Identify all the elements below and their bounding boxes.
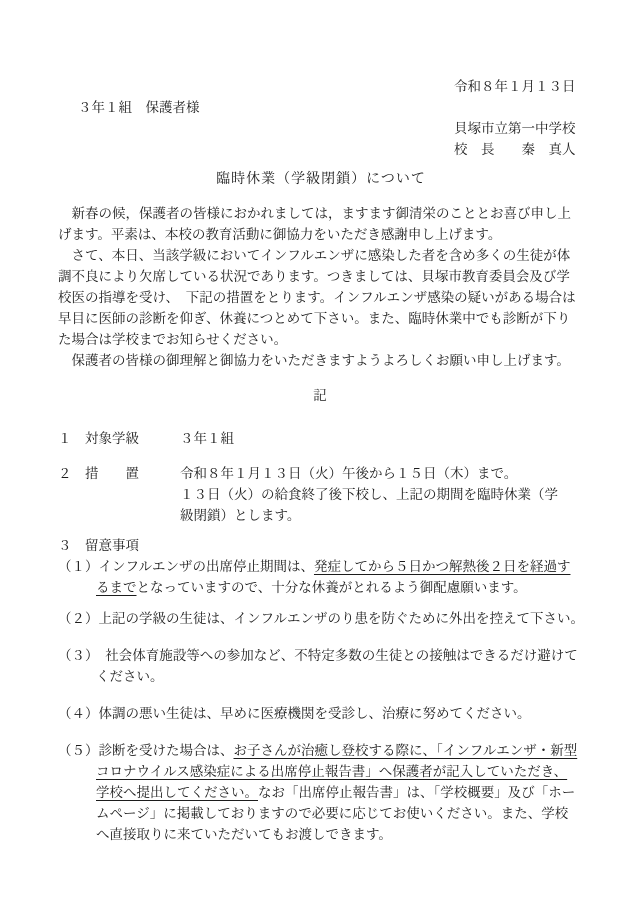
- note-line: コロナウイルス感染症による出席停止報告書」へ保護者が記入していただき、: [58, 761, 584, 782]
- item-value: 令和８年１月１３日（火）午後から１５日（木）まで。 １３日（火）の給食終了後下校…: [180, 463, 584, 526]
- note-3: （３） 社会体育施設等への参加など、不特定多数の生徒との接触はできるだけ避けて …: [58, 645, 584, 687]
- body-line: 調不良により欠席している状況であります。つきましては、貝塚市教育委員会及び学: [58, 266, 584, 287]
- body-paragraphs: 新春の候，保護者の皆様におかれましては，ますます御清栄のこととお喜び申し上 げま…: [58, 203, 584, 371]
- note-line: （５）診断を受けた場合は、お子さんが治癒し登校する際に、「インフルエンザ・新型: [58, 740, 584, 761]
- underlined-text: るまで: [96, 580, 137, 595]
- issue-date: 令和８年１月１３日: [454, 76, 584, 97]
- school-name: 貝塚市立第一中学校: [454, 118, 584, 139]
- underlined-text: コロナウイルス感染症による出席停止報告書」へ保護者が記入していただき、: [96, 764, 567, 779]
- underlined-text: 発症してから５日かつ解熱後２日を経過す: [314, 559, 571, 574]
- note-2: （２）上記の学級の生徒は、インフルエンザのり患を防ぐために外出を控えて下さい。: [58, 608, 584, 629]
- measure-line: 令和８年１月１３日（火）午後から１５日（木）まで。: [180, 463, 584, 484]
- item-label: １ 対象学級: [58, 428, 180, 449]
- note-4: （４）体調の悪い生徒は、早めに医療機関を受診し、治療に努めてください。: [58, 703, 584, 724]
- body-line: 早目に医師の診断を仰ぎ、休養につとめて下さい。また、臨時休業中でも診断が下り: [58, 308, 584, 329]
- note-line: へ直接取りに来ていただいてもお渡しできます。: [58, 824, 584, 845]
- note-line: るまでとなっていますので、十分な休養がとれるよう御配慮願います。: [58, 577, 584, 598]
- body-line: た場合は学校までお知らせください。: [58, 329, 584, 350]
- note-line: 学校へ提出してください。なお「出席停止報告書」は、「学校概要」及び「ホー: [58, 782, 584, 803]
- record-marker: 記: [58, 385, 584, 406]
- item-label: ２ 措 置: [58, 463, 180, 484]
- document-title: 臨時休業（学級閉鎖）について: [58, 169, 584, 190]
- document-page: 令和８年１月１３日 ３年１組 保護者様 貝塚市立第一中学校 校 長 秦 真人 臨…: [0, 0, 640, 904]
- note-line: （１）インフルエンザの出席停止期間は、発症してから５日かつ解熱後２日を経過す: [58, 556, 584, 577]
- note-line: （２）上記の学級の生徒は、インフルエンザのり患を防ぐために外出を控えて下さい。: [58, 608, 584, 629]
- item-measures: ２ 措 置 令和８年１月１３日（火）午後から１５日（木）まで。 １３日（火）の給…: [58, 463, 584, 526]
- principal-name: 校 長 秦 真人: [454, 139, 584, 160]
- item-target-class: １ 対象学級 ３年１組: [58, 428, 584, 449]
- note-line: ムページ」に掲載しておりますので必要に応じてお使いください。また、学校: [58, 803, 584, 824]
- item-value: ３年１組: [180, 428, 584, 449]
- underlined-text: お子さんが治癒し登校する際に、「インフルエンザ・新型: [234, 743, 578, 758]
- note-line: （３） 社会体育施設等への参加など、不特定多数の生徒との接触はできるだけ避けて: [58, 645, 584, 666]
- body-line: 校医の指導を受け、 下記の措置をとります。インフルエンザ感染の疑いがある場合は: [58, 287, 584, 308]
- note-line: （４）体調の悪い生徒は、早めに医療機関を受診し、治療に努めてください。: [58, 703, 584, 724]
- body-line: げます。平素は、本校の教育活動に御協力をいただき感謝申し上げます。: [58, 224, 584, 245]
- body-line: さて、本日、当該学級においてインフルエンザに感染した者を含め多くの生徒が体: [58, 245, 584, 266]
- note-line: ください。: [58, 666, 584, 687]
- notes-header: ３ 留意事項: [58, 535, 584, 556]
- measure-line: １３日（火）の給食終了後下校し、上記の期間を臨時休業（学: [180, 484, 584, 505]
- measure-line: 級閉鎖）とします。: [180, 505, 584, 526]
- body-line: 保護者の皆様の御理解と御協力をいただきますようよろしくお願い申し上げます。: [58, 350, 584, 371]
- recipient-name: ３年１組 保護者様: [58, 97, 584, 118]
- note-5: （５）診断を受けた場合は、お子さんが治癒し登校する際に、「インフルエンザ・新型 …: [58, 740, 584, 845]
- body-line: 新春の候，保護者の皆様におかれましては，ますます御清栄のこととお喜び申し上: [58, 203, 584, 224]
- underlined-text: 学校へ提出してください。: [96, 785, 258, 800]
- note-1: （１）インフルエンザの出席停止期間は、発症してから５日かつ解熱後２日を経過す る…: [58, 556, 584, 598]
